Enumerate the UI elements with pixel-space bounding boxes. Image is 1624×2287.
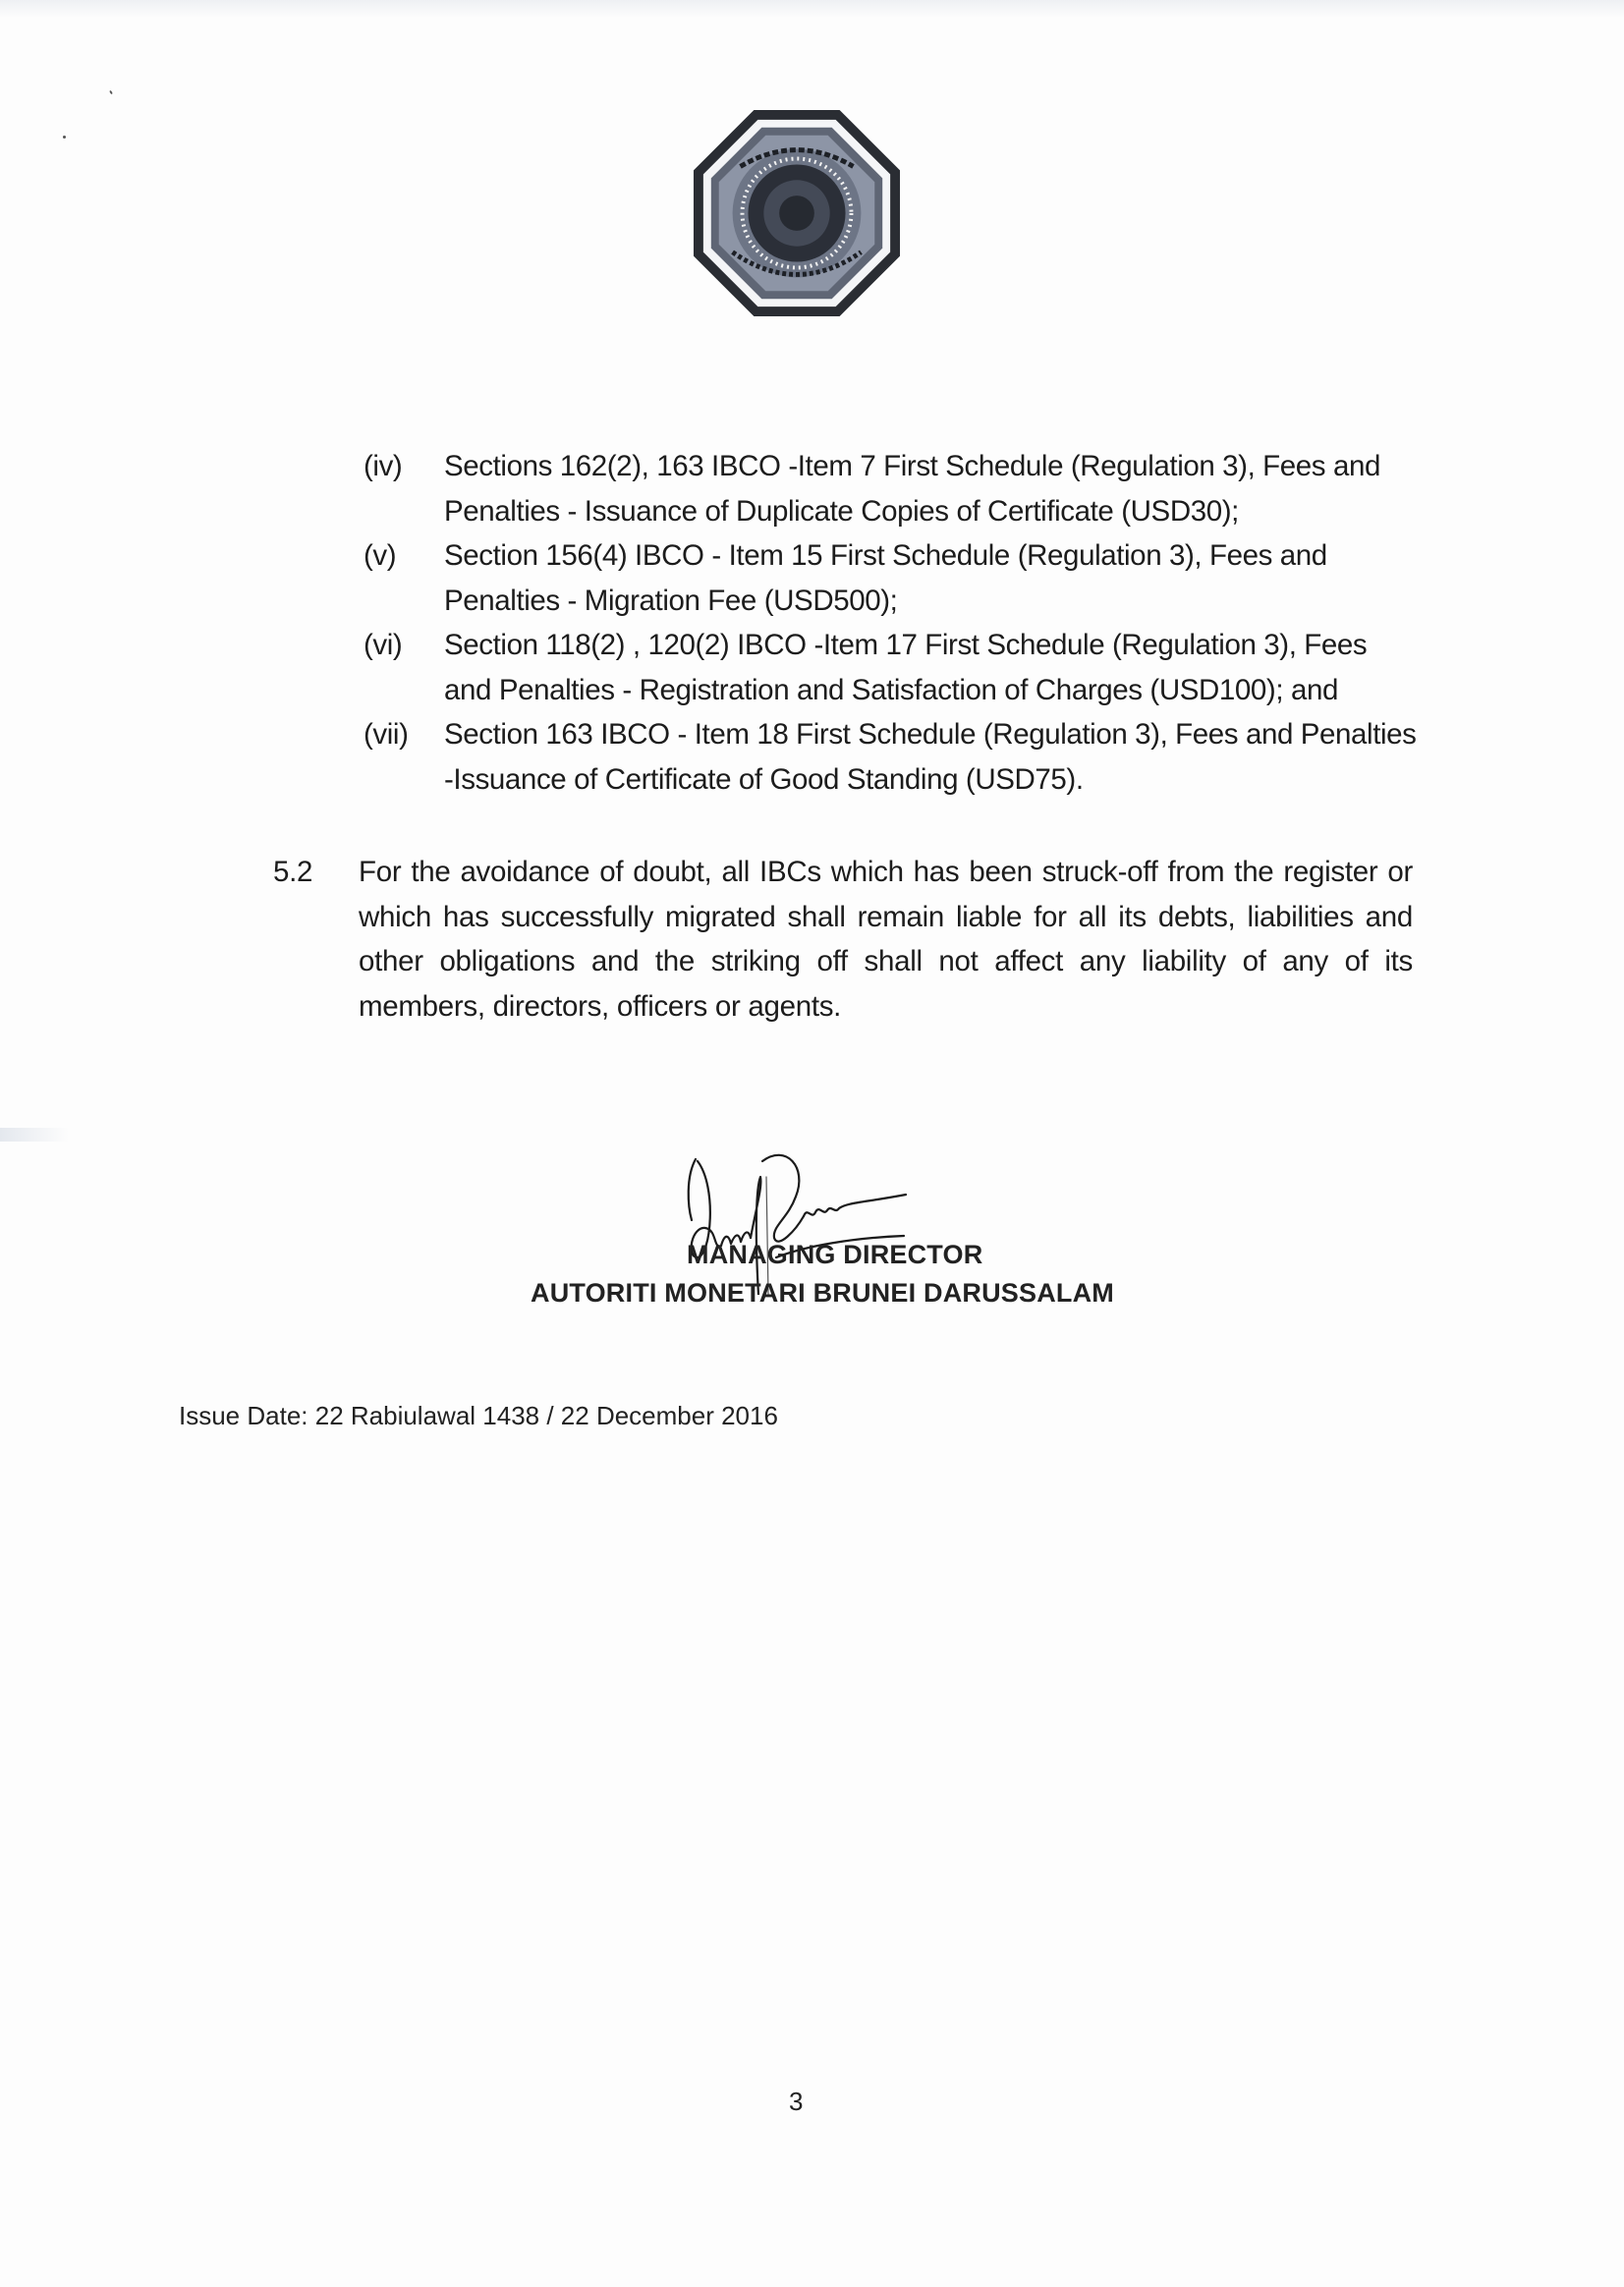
- list-item-line: Section 163 IBCO - Item 18 First Schedul…: [444, 712, 1425, 757]
- list-item-number: (iv): [364, 444, 444, 533]
- scan-edge-shadow: [0, 0, 1624, 18]
- list-item-text: Section 163 IBCO - Item 18 First Schedul…: [444, 712, 1425, 802]
- list-item-line: Penalties - Migration Fee (USD500);: [444, 579, 1425, 624]
- monetary-authority-seal-icon: [690, 106, 904, 320]
- fee-list: (iv) Sections 162(2), 163 IBCO -Item 7 F…: [364, 444, 1425, 802]
- issue-date: Issue Date: 22 Rabiulawal 1438 / 22 Dece…: [179, 1401, 778, 1431]
- list-item-number: (vii): [364, 712, 444, 802]
- page-number: 3: [789, 2087, 803, 2117]
- document-page: (iv) Sections 162(2), 163 IBCO -Item 7 F…: [0, 0, 1624, 2287]
- list-item-number: (vi): [364, 623, 444, 712]
- clause-5-2: 5.2 For the avoidance of doubt, all IBCs…: [273, 850, 1413, 1029]
- fee-list-item: (iv) Sections 162(2), 163 IBCO -Item 7 F…: [364, 444, 1425, 533]
- fee-list-item: (v) Section 156(4) IBCO - Item 15 First …: [364, 533, 1425, 623]
- signatory-title: MANAGING DIRECTOR: [687, 1240, 982, 1270]
- clause-text: For the avoidance of doubt, all IBCs whi…: [359, 850, 1413, 1029]
- list-item-line: Sections 162(2), 163 IBCO -Item 7 First …: [444, 444, 1425, 489]
- list-item-text: Section 118(2) , 120(2) IBCO -Item 17 Fi…: [444, 623, 1425, 712]
- scan-smudge: [0, 1128, 69, 1142]
- handwritten-signature-icon: [678, 1147, 963, 1295]
- list-item-line: Penalties - Issuance of Duplicate Copies…: [444, 489, 1425, 534]
- scan-speck: [109, 90, 113, 94]
- list-item-line: -Issuance of Certificate of Good Standin…: [444, 757, 1425, 803]
- list-item-text: Section 156(4) IBCO - Item 15 First Sche…: [444, 533, 1425, 623]
- scan-speck: [63, 136, 66, 139]
- clause-number: 5.2: [273, 850, 359, 1029]
- signatory-organisation: AUTORITI MONETARI BRUNEI DARUSSALAM: [531, 1278, 1114, 1309]
- list-item-line: Section 156(4) IBCO - Item 15 First Sche…: [444, 533, 1425, 579]
- fee-list-item: (vii) Section 163 IBCO - Item 18 First S…: [364, 712, 1425, 802]
- list-item-number: (v): [364, 533, 444, 623]
- list-item-line: Section 118(2) , 120(2) IBCO -Item 17 Fi…: [444, 623, 1425, 668]
- fee-list-item: (vi) Section 118(2) , 120(2) IBCO -Item …: [364, 623, 1425, 712]
- list-item-line: and Penalties - Registration and Satisfa…: [444, 668, 1425, 713]
- list-item-text: Sections 162(2), 163 IBCO -Item 7 First …: [444, 444, 1425, 533]
